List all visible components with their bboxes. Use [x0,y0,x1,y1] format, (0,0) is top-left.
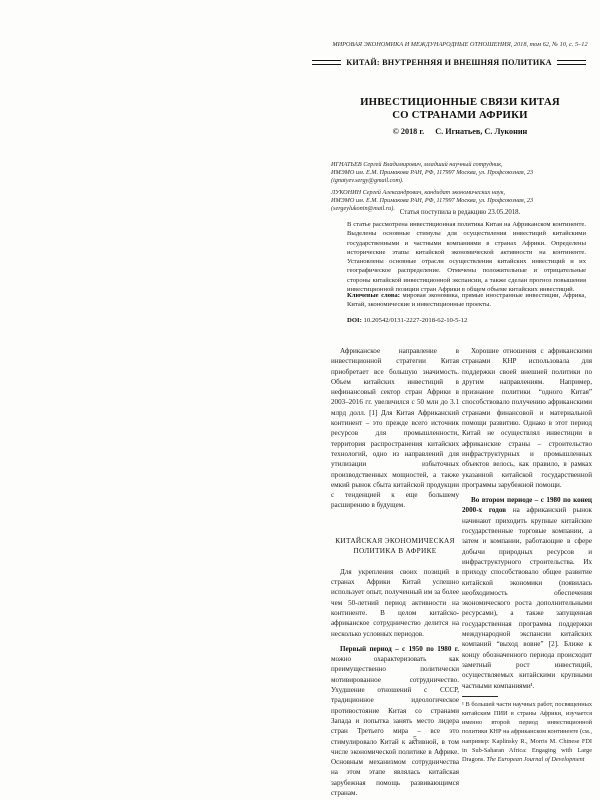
banner-rule-right [557,60,586,65]
page-number: 5 [405,734,425,743]
paragraph: Во втором периоде – с 1980 по конец 2000… [462,495,592,691]
author-1-affiliation: ИМЭМО им. Е.М. Примакова РАН, РФ, 117997… [331,169,593,185]
article-title: ИНВЕСТИЦИОННЫЕ СВЯЗИ КИТАЯ СО СТРАНАМИ А… [328,96,592,121]
body-column-left: Африканское направление в инвестиционной… [331,346,459,800]
journal-header-line: МИРОВАЯ ЭКОНОМИКА И МЕЖДУНАРОДНЫЕ ОТНОШЕ… [328,41,592,49]
footnote-text: ¹ В большей части научных работ, посвяще… [462,701,592,763]
banner-rule-left [312,60,341,65]
footnote: ¹ В большей части научных работ, посвяще… [462,700,592,764]
period-1-text: можно охарактеризовать как преимуществен… [331,655,459,797]
author-block-1: ИГНАТЬЕВ Сергей Владимирович, младший на… [331,161,593,185]
article-title-line1: ИНВЕСТИЦИОННЫЕ СВЯЗИ КИТАЯ [328,96,592,109]
byline-authors: С. Игнатьев, С. Луконин [435,127,527,136]
abstract: В статье рассмотрена инвестиционная поли… [347,220,586,294]
section-banner-title: КИТАЙ: ВНУТРЕННЯЯ И ВНЕШНЯЯ ПОЛИТИКА [346,58,551,67]
keywords: Ключевые слова: мировая экономика, прямы… [347,291,586,310]
section-heading: КИТАЙСКАЯ ЭКОНОМИЧЕСКАЯ ПОЛИТИКА В АФРИК… [333,536,457,556]
paragraph: Первый период – с 1950 по 1980 г. можно … [331,644,459,798]
body-column-right: Хорошие отношения с африканскими странам… [462,346,592,764]
byline: © 2018 г. С. Игнатьев, С. Луконин [328,127,592,136]
period-1-lead: Первый период – с 1950 по 1980 г. [340,645,459,653]
doi-value: 10.20542/0131-2227-2018-62-10-5-12 [362,317,468,324]
doi-label: DOI: [347,317,362,324]
paragraph: Хорошие отношения с африканскими странам… [462,346,592,490]
section-banner: КИТАЙ: ВНУТРЕННЯЯ И ВНЕШНЯЯ ПОЛИТИКА [312,58,586,67]
received-date-line: Статья поступила в редакцию 23.05.2018. [328,209,592,216]
author-1-name: ИГНАТЬЕВ Сергей Владимирович, младший на… [331,161,593,169]
footnote-journal-name: The European Journal of Development [486,756,584,763]
keywords-label: Ключевые слова: [347,292,400,299]
scanned-journal-page: МИРОВАЯ ЭКОНОМИКА И МЕЖДУНАРОДНЫЕ ОТНОШЕ… [0,0,600,800]
article-title-line2: СО СТРАНАМИ АФРИКИ [328,109,592,122]
doi: DOI: 10.20542/0131-2227-2018-62-10-5-12 [347,317,586,324]
period-2-text: на африканский рынок начинают приходить … [462,506,592,689]
paragraph: Для укрепления своих позиций в странах А… [331,567,459,639]
paragraph: Африканское направление в инвестиционной… [331,346,459,511]
author-2-name: ЛУКОНИН Сергей Александрович, кандидат э… [331,189,593,197]
footnote-divider [462,696,498,697]
copyright-year: © 2018 г. [393,127,424,136]
